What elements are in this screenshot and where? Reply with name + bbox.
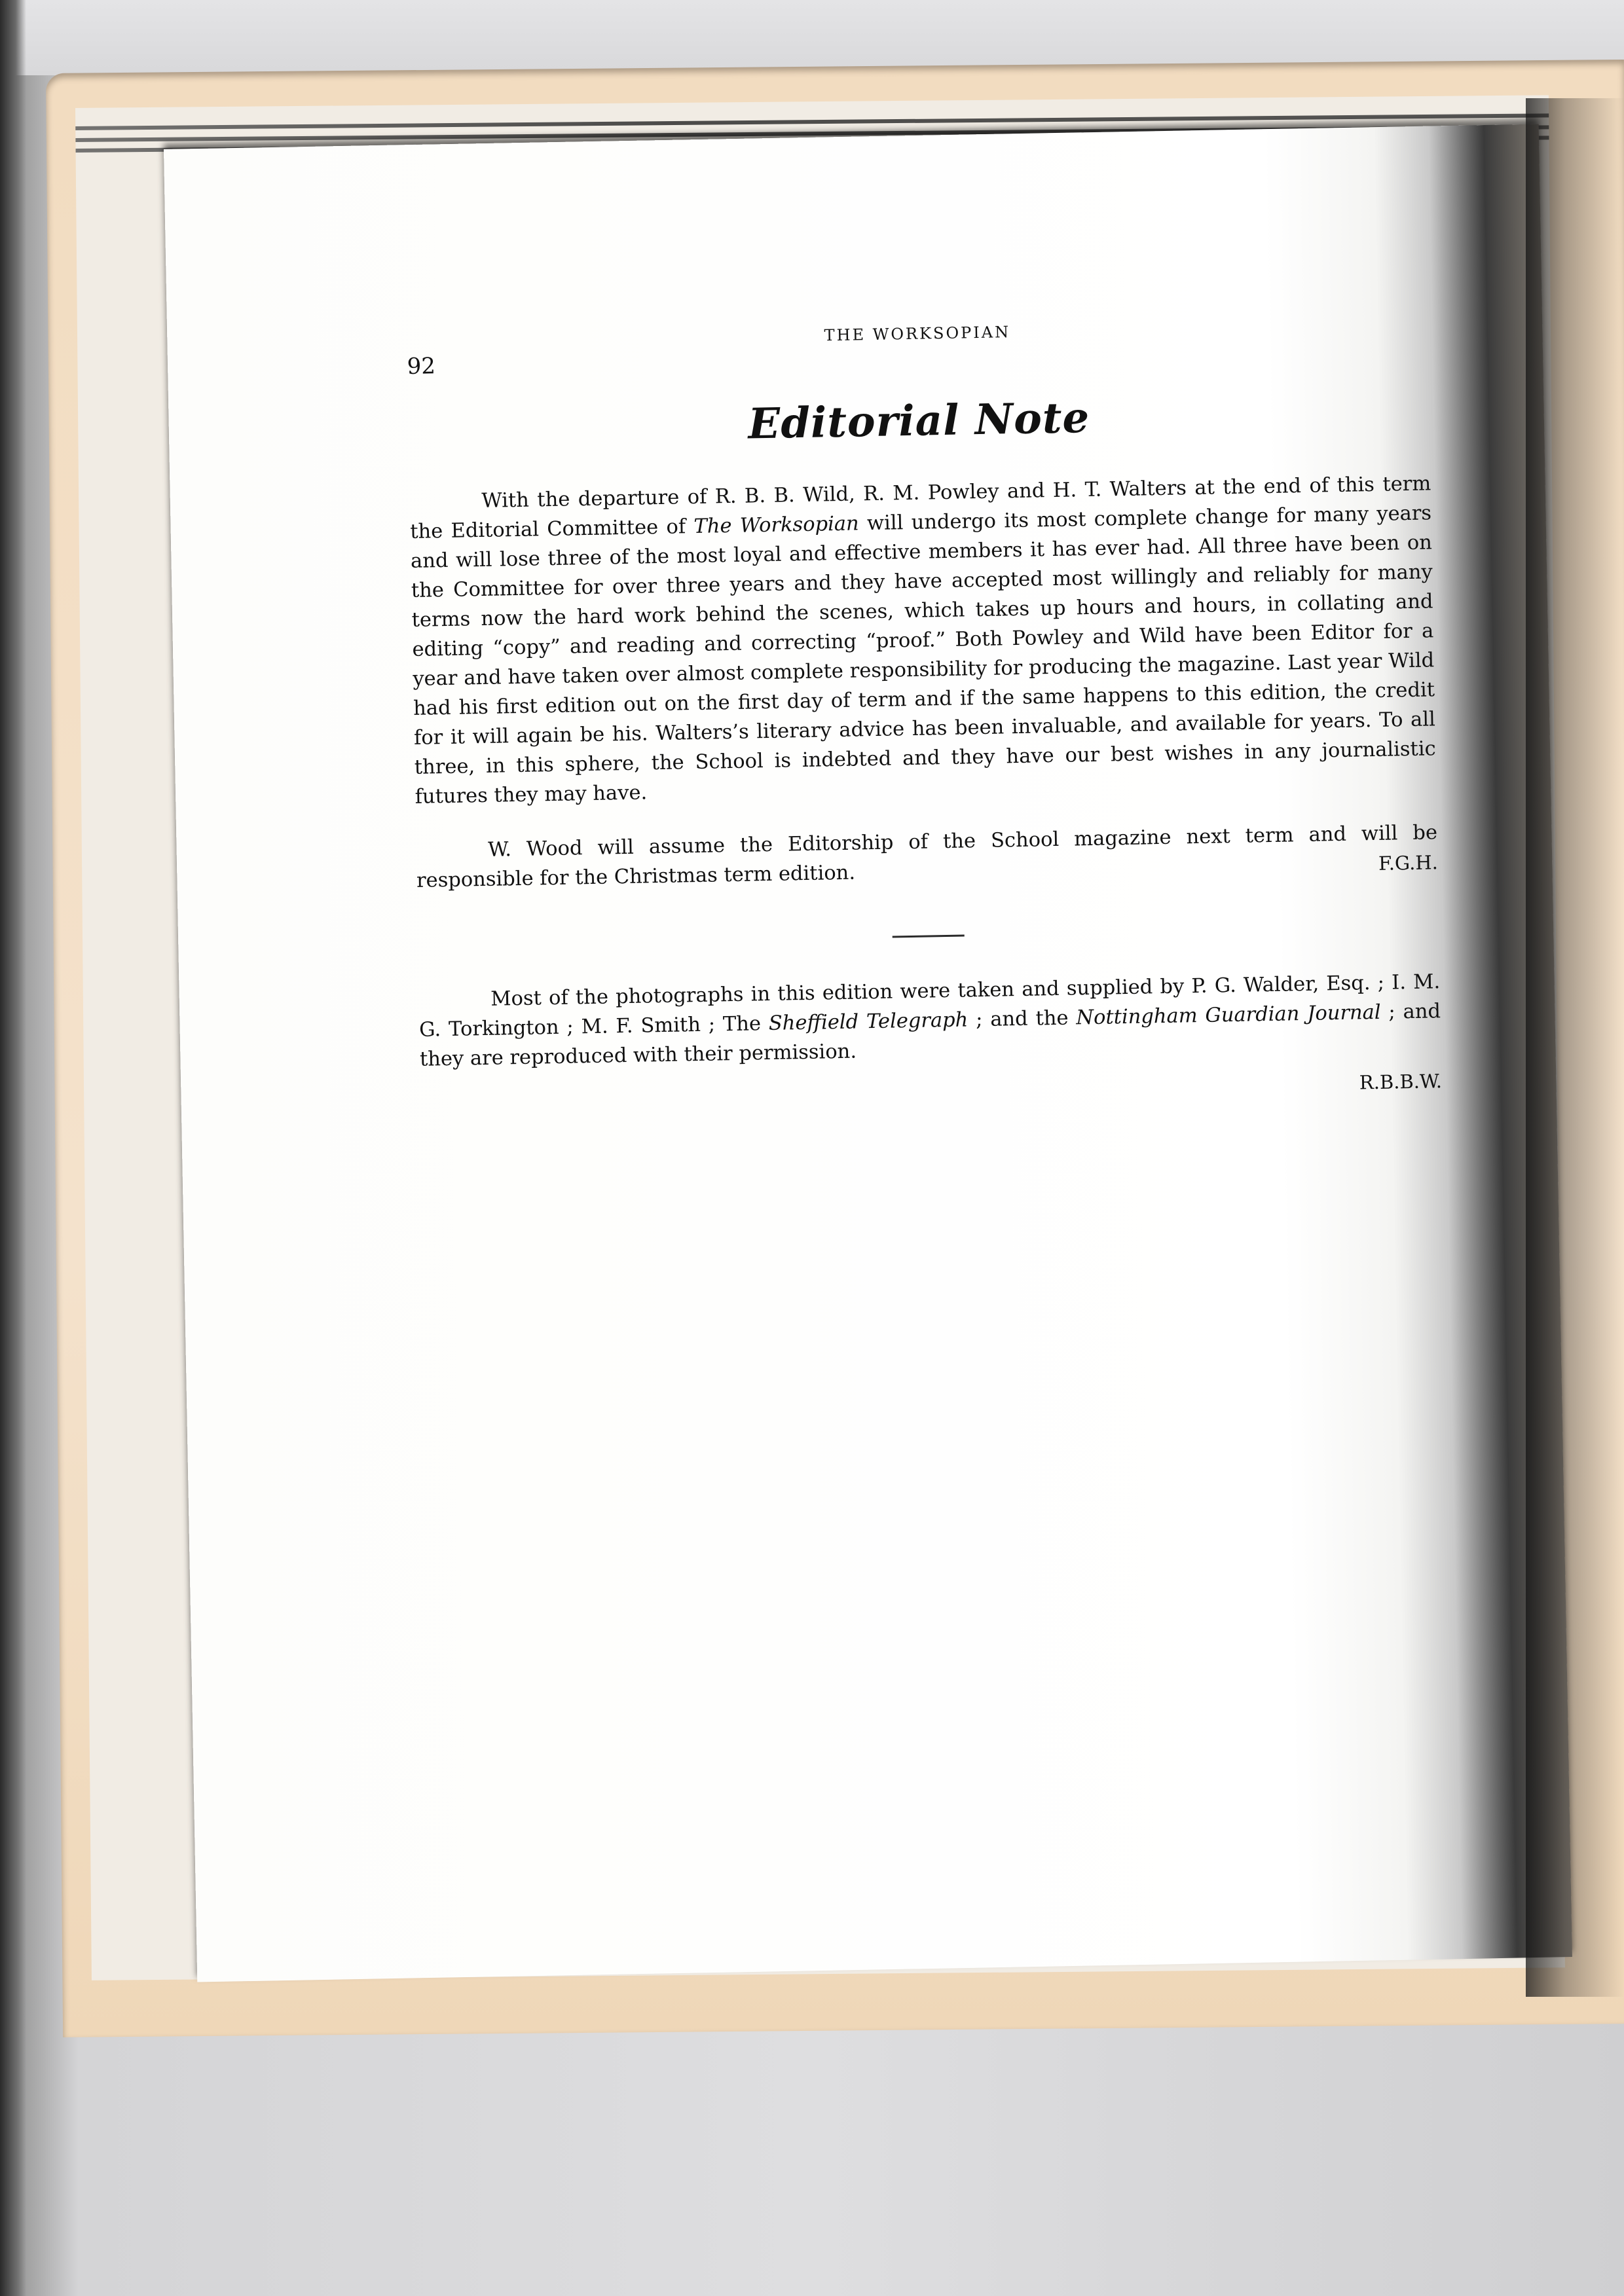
italic-publication-title: The Worksopian xyxy=(693,512,859,538)
article-title: Editorial Note xyxy=(408,387,1430,455)
journal-title: THE WORKSOPIAN xyxy=(407,315,1428,352)
section-divider xyxy=(893,935,965,938)
page-number: 92 xyxy=(407,353,435,380)
italic-publication-title: Sheffield Telegraph xyxy=(769,1008,969,1035)
editorial-paragraph-1: With the departure of R. B. B. Wild, R. … xyxy=(409,469,1437,812)
page-gutter-shadow xyxy=(1526,98,1624,1997)
italic-publication-title: Nottingham Guardian Journal xyxy=(1076,1001,1381,1030)
scanner-edge xyxy=(0,0,26,2296)
acknowledgement-paragraph: Most of the photographs in this edition … xyxy=(418,967,1441,1074)
page-content: 92 THE WORKSOPIAN Editorial Note With th… xyxy=(406,289,1442,1110)
